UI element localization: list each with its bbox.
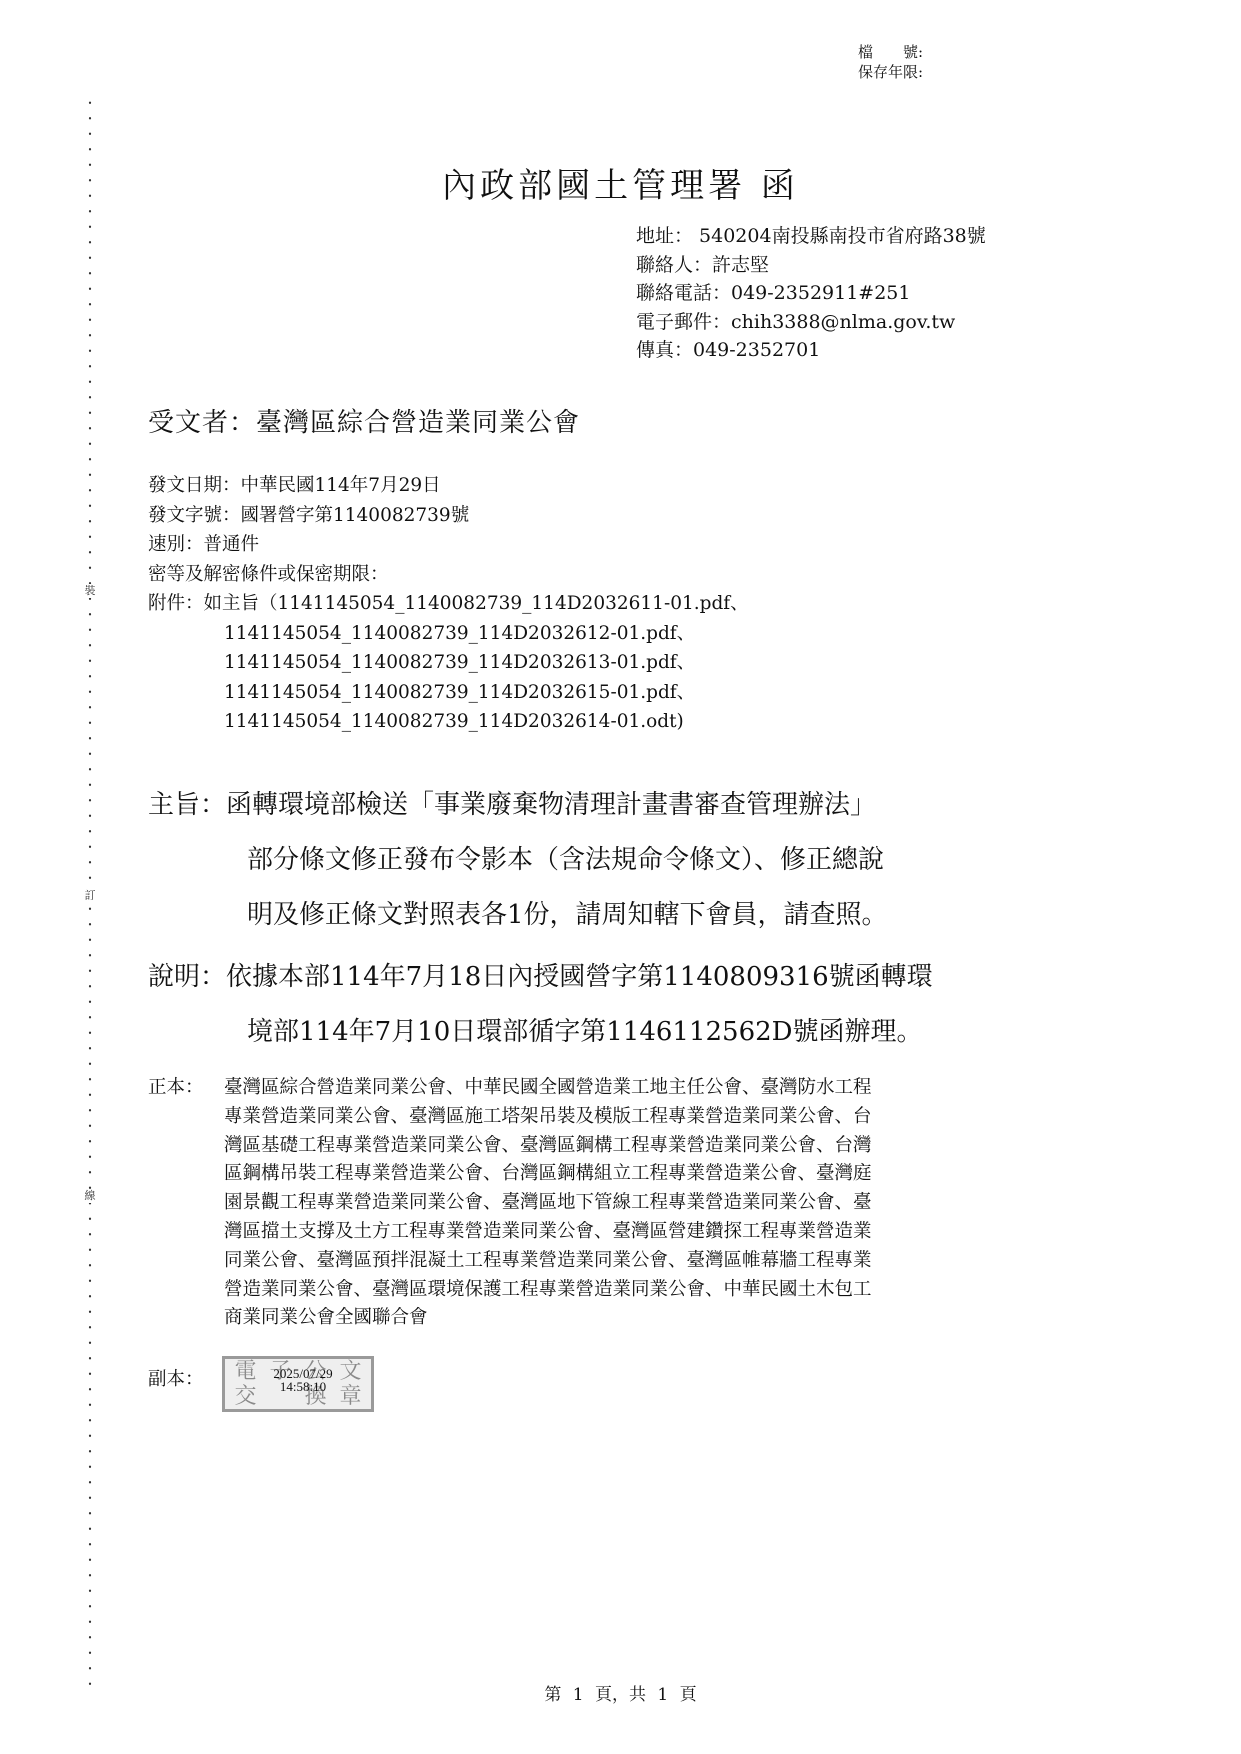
distribution-section: 正本： 臺灣區綜合營造業同業公會、中華民國全國營造業工地主任公會、臺灣防水工程 … — [148, 1074, 1108, 1333]
stamp-time: 14:58:10 — [243, 1380, 363, 1393]
distribution-line: 灣區擋土支撐及土方工程專業營造業同業公會、臺灣區營建鑽探工程專業營造業 — [224, 1218, 1108, 1247]
recipient: 受文者：臺灣區綜合營造業同業公會 — [148, 402, 580, 439]
issue-date: 發文日期：中華民國114年7月29日 — [148, 471, 749, 501]
subject-line: 明及修正條文對照表各1份，請周知轄下會員，請查照。 — [148, 888, 888, 943]
page-number: 第 1 頁，共 1 頁 — [0, 1680, 1241, 1705]
explanation-line: 境部114年7月10日環部循字第1146112562D號函辦理。 — [148, 1005, 933, 1060]
distribution-list: 臺灣區綜合營造業同業公會、中華民國全國營造業工地主任公會、臺灣防水工程 專業營造… — [224, 1074, 1108, 1333]
retention-period-label: 保存年限: — [858, 62, 923, 82]
distribution-label: 正本： — [148, 1074, 204, 1103]
subject-line: 主旨：函轉環境部檢送「事業廢棄物清理計畫書審查管理辦法」 — [148, 778, 888, 833]
electronic-exchange-stamp: 電 子 公 文 交 換 章 2025/07/29 14:58:10 — [222, 1356, 374, 1412]
attachments-label: 附件：如主旨（1141145054_1140082739_114D2032611… — [148, 589, 749, 619]
attachment-item: 1141145054_1140082739_114D2032612-01.pdf… — [148, 619, 749, 649]
distribution-line: 灣區基礎工程專業營造業同業公會、臺灣區鋼構工程專業營造業同業公會、台灣 — [224, 1132, 1108, 1161]
document-number: 發文字號：國署營字第1140082739號 — [148, 501, 749, 531]
margin-marker-xian: 線 — [82, 1189, 98, 1203]
distribution-line: 營造業同業公會、臺灣區環境保護工程專業營造業同業公會、中華民國土木包工 — [224, 1276, 1108, 1305]
security-level: 密等及解密條件或保密期限： — [148, 560, 749, 590]
subject-section: 主旨：函轉環境部檢送「事業廢棄物清理計畫書審查管理辦法」 部分條文修正發布令影本… — [148, 778, 888, 943]
archive-info: 檔 號: 保存年限: — [858, 42, 923, 82]
contact-email: 電子郵件：chih3388@nlma.gov.tw — [636, 308, 986, 337]
contact-fax: 傳真：049-2352701 — [636, 336, 986, 365]
distribution-line: 臺灣區綜合營造業同業公會、中華民國全國營造業工地主任公會、臺灣防水工程 — [224, 1074, 1108, 1103]
document-meta: 發文日期：中華民國114年7月29日 發文字號：國署營字第1140082739號… — [148, 471, 749, 737]
file-number-label: 檔 號: — [858, 42, 923, 62]
explanation-section: 說明：依據本部114年7月18日內授國營字第1140809316號函轉環 境部1… — [148, 950, 933, 1060]
speed-category: 速別：普通件 — [148, 530, 749, 560]
explanation-line: 說明：依據本部114年7月18日內授國營字第1140809316號函轉環 — [148, 950, 933, 1005]
contact-phone: 聯絡電話：049-2352911#251 — [636, 279, 986, 308]
distribution-line: 園景觀工程專業營造業同業公會、臺灣區地下管線工程專業營造業同業公會、臺 — [224, 1189, 1108, 1218]
attachment-item: 1141145054_1140082739_114D2032613-01.pdf… — [148, 648, 749, 678]
subject-line: 部分條文修正發布令影本（含法規命令條文）、修正總說 — [148, 833, 888, 888]
distribution-line: 商業同業公會全國聯合會 — [224, 1304, 1108, 1333]
distribution-line: 區鋼構吊裝工程專業營造業公會、台灣區鋼構組立工程專業營造業公會、臺灣庭 — [224, 1160, 1108, 1189]
document-title: 內政部國土管理署 函 — [0, 158, 1241, 207]
margin-marker-ding: 訂 — [82, 889, 98, 903]
cc-label: 副本： — [148, 1365, 204, 1391]
contact-person: 聯絡人：許志堅 — [636, 251, 986, 280]
stamp-timestamp: 2025/07/29 14:58:10 — [243, 1367, 363, 1393]
margin-marker-zhuang: 裝 — [82, 584, 98, 598]
attachment-item: 1141145054_1140082739_114D2032615-01.pdf… — [148, 678, 749, 708]
contact-block: 地址： 540204南投縣南投市省府路38號 聯絡人：許志堅 聯絡電話：049-… — [636, 222, 986, 365]
distribution-line: 專業營造業同業公會、臺灣區施工塔架吊裝及模版工程專業營造業同業公會、台 — [224, 1103, 1108, 1132]
address: 地址： 540204南投縣南投市省府路38號 — [636, 222, 986, 251]
attachment-item: 1141145054_1140082739_114D2032614-01.odt… — [148, 707, 749, 737]
distribution-line: 同業公會、臺灣區預拌混凝土工程專業營造業同業公會、臺灣區帷幕牆工程專業 — [224, 1247, 1108, 1276]
